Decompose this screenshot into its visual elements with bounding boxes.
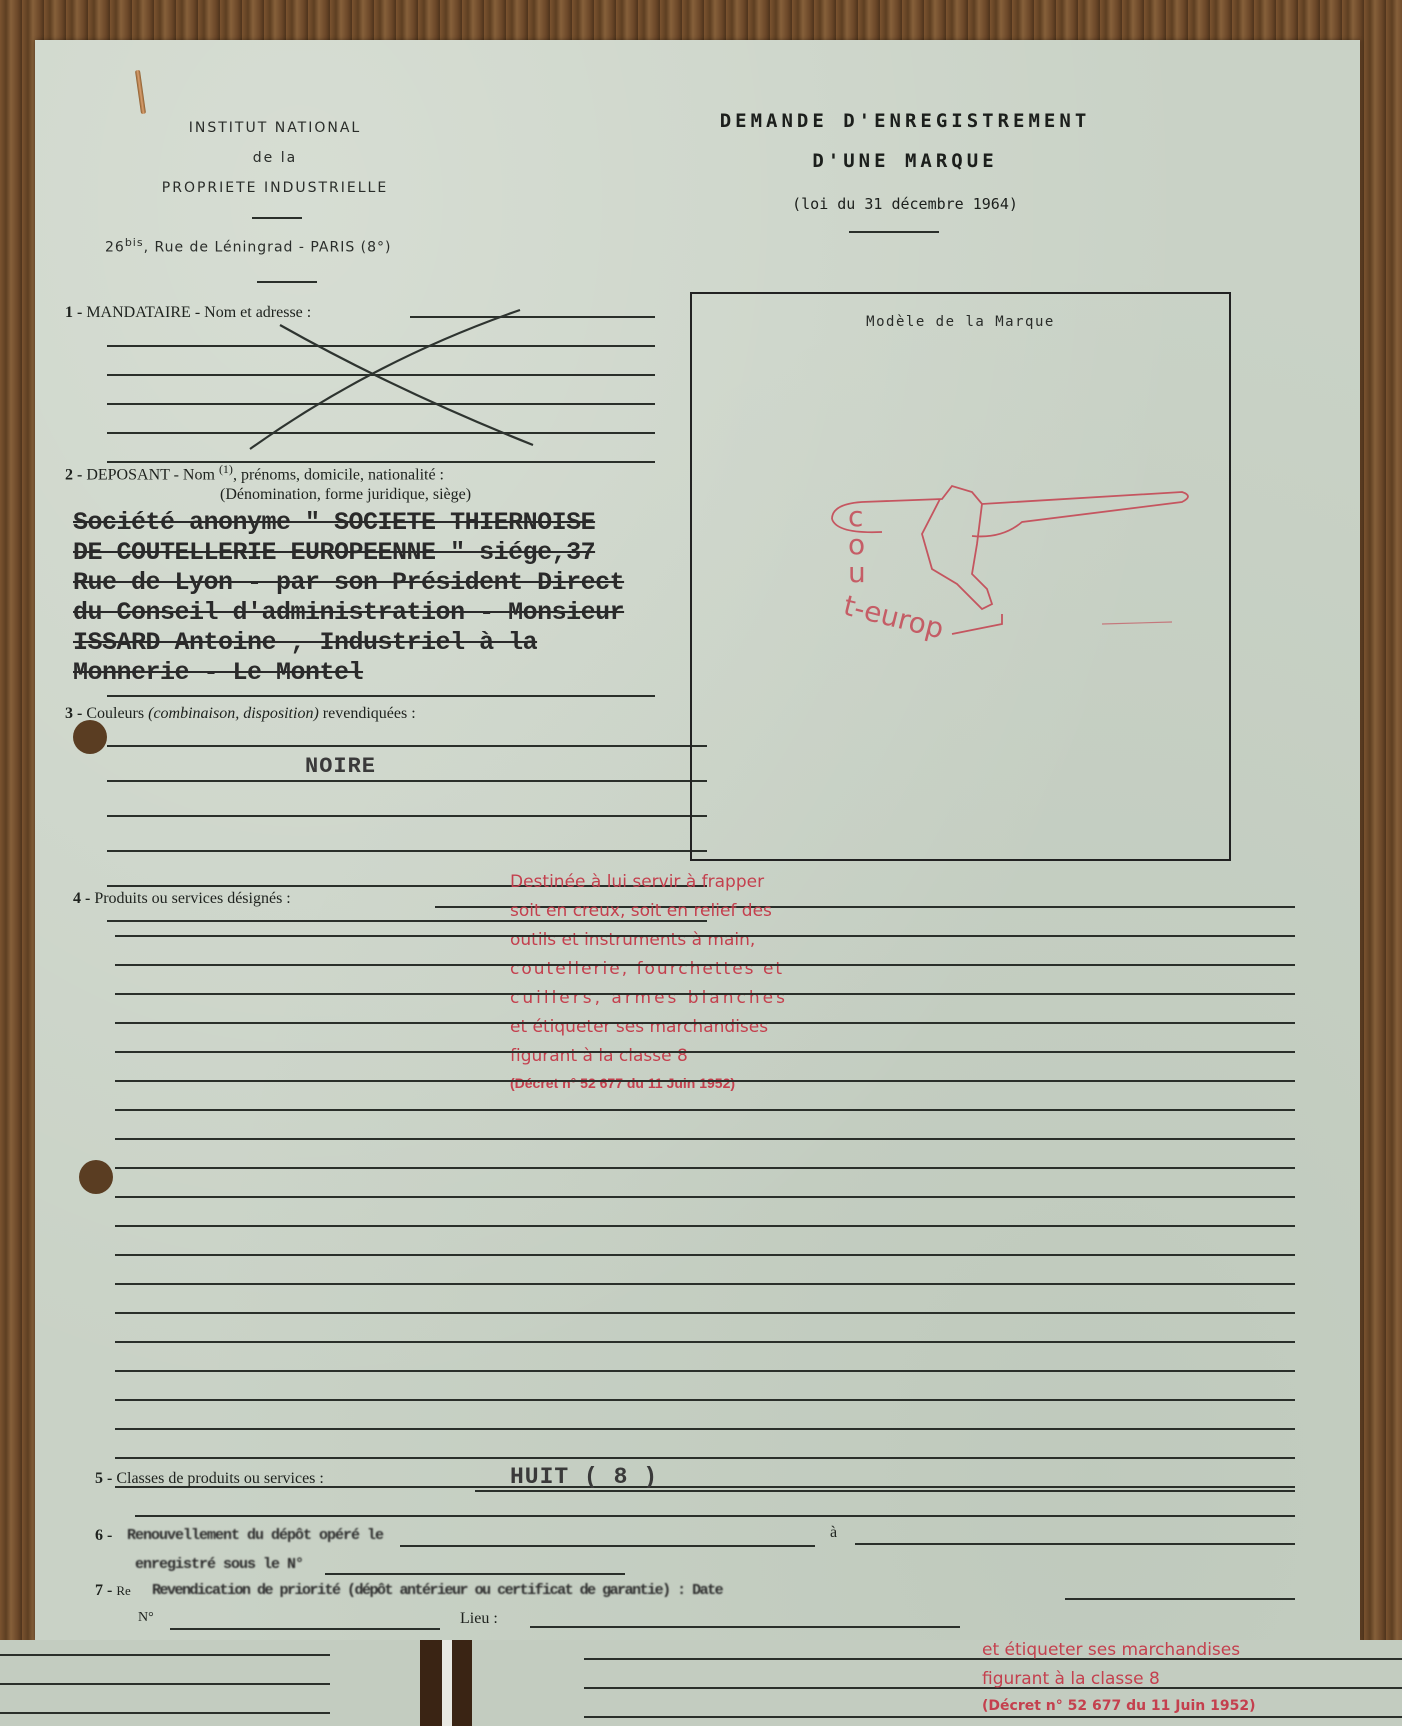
bottom-strip-left — [0, 1640, 420, 1726]
form-line[interactable] — [115, 1312, 1295, 1314]
form-line[interactable] — [115, 993, 1295, 995]
institute-name-line2: de la — [155, 150, 395, 166]
form-line[interactable] — [115, 1225, 1295, 1227]
colors-value: NOIRE — [305, 754, 376, 779]
form-line[interactable] — [1065, 1598, 1295, 1600]
form-line[interactable] — [115, 1399, 1295, 1401]
form-line — [0, 1712, 330, 1714]
stamp-signature — [1102, 622, 1172, 624]
form-line[interactable] — [115, 1341, 1295, 1343]
form-line[interactable] — [115, 1080, 1295, 1082]
form-line[interactable] — [115, 1370, 1295, 1372]
divider — [257, 281, 317, 283]
bottom-strip-right: et étiqueter ses marchandises figurant à… — [472, 1640, 1402, 1726]
stamp-line: Destinée à lui servir à frapper — [510, 872, 788, 901]
form-line[interactable] — [107, 850, 707, 852]
form-line[interactable] — [115, 1022, 1295, 1024]
divider — [252, 217, 302, 219]
products-red-stamp: Destinée à lui servir à frapper soit en … — [510, 872, 788, 1104]
stamp-line: soit en creux, soit en relief des — [510, 901, 788, 930]
section-6-redacted-text-2: enregistré sous le N° — [135, 1556, 303, 1573]
form-line[interactable] — [107, 780, 707, 782]
form-line[interactable] — [170, 1628, 440, 1630]
divider — [849, 231, 939, 233]
section-7-redacted-text: Revendication de priorité (dépôt antérie… — [152, 1582, 722, 1599]
bottom-red-stamp: et étiqueter ses marchandises figurant à… — [982, 1640, 1255, 1726]
classes-value: HUIT ( 8 ) — [510, 1464, 658, 1490]
form-line[interactable] — [135, 1515, 1295, 1517]
stamp-line: figurant à la classe 8 — [982, 1669, 1255, 1698]
trademark-model-box: Modèle de la Marque c o u t-europ — [690, 292, 1231, 861]
form-line[interactable] — [115, 1109, 1295, 1111]
section-7-label: 7 - Re — [95, 1582, 131, 1600]
typed-line: DE COUTELLERIE EUROPEENNE " siége,37 — [73, 538, 624, 568]
form-line[interactable] — [115, 964, 1295, 966]
section-2-label: 2 - DEPOSANT - Nom (1), prénoms, domicil… — [65, 462, 444, 484]
form-line[interactable] — [400, 1545, 815, 1547]
section-6-label: 6 - — [95, 1527, 112, 1545]
form-line[interactable] — [855, 1543, 1295, 1545]
form-line[interactable] — [115, 1254, 1295, 1256]
stamp-letter-u: u — [848, 556, 866, 589]
punch-hole — [73, 720, 107, 754]
section-5-label: 5 - Classes de produits ou services : — [95, 1470, 324, 1488]
form-line[interactable] — [107, 815, 707, 817]
form-line[interactable] — [115, 1428, 1295, 1430]
number-label: N° — [138, 1610, 154, 1626]
form-line[interactable] — [115, 1283, 1295, 1285]
typed-line: Monnerie - Le Montel — [73, 658, 624, 688]
typed-line: Société anonyme " SOCIETE THIERNOISE — [73, 508, 624, 538]
stamp-line: et étiqueter ses marchandises — [982, 1640, 1255, 1669]
stamp-text-europ: t-europ — [840, 589, 947, 646]
typed-line: Rue de Lyon - par son Président Direct — [73, 568, 624, 598]
document-title-line2: D'UNE MARQUE — [655, 150, 1155, 172]
a-label: à — [830, 1524, 837, 1542]
form-line[interactable] — [115, 1051, 1295, 1053]
section-6-redacted-text: Renouvellement du dépôt opéré le — [127, 1527, 383, 1544]
section-2-sublabel: (Dénomination, forme juridique, siège) — [220, 486, 471, 504]
staple — [135, 70, 146, 114]
institute-address: 26bis, Rue de Léningrad - PARIS (8°) — [105, 236, 392, 256]
form-line[interactable] — [115, 1457, 1295, 1459]
stamp-line: (Décret n° 52 677 du 11 Juin 1952) — [982, 1698, 1255, 1726]
form-line[interactable] — [115, 1167, 1295, 1169]
form-line — [0, 1683, 330, 1685]
depositor-typed-text: Société anonyme " SOCIETE THIERNOISE DE … — [73, 508, 624, 688]
form-line[interactable] — [530, 1626, 960, 1628]
section-4-label: 4 - Produits ou services désignés : — [73, 890, 291, 908]
trademark-application-form: INSTITUT NATIONAL de la PROPRIETE INDUST… — [35, 40, 1360, 1640]
institute-name-line3: PROPRIETE INDUSTRIELLE — [155, 180, 395, 196]
form-line[interactable] — [115, 1138, 1295, 1140]
bottom-strip-gap — [452, 1640, 472, 1726]
form-line[interactable] — [115, 1196, 1295, 1198]
form-line[interactable] — [475, 1490, 1295, 1492]
cutlery-stamp-logo: c o u t-europ — [822, 474, 1202, 654]
typed-line: ISSARD Antoine , Industriel à la — [73, 628, 624, 658]
form-line[interactable] — [107, 745, 707, 747]
bottom-strip-gap — [420, 1640, 442, 1726]
form-line — [0, 1654, 330, 1656]
lieu-label: Lieu : — [460, 1610, 498, 1628]
punch-hole — [79, 1160, 113, 1194]
form-line[interactable] — [325, 1573, 625, 1575]
document-title-line1: DEMANDE D'ENREGISTREMENT — [655, 110, 1155, 132]
document-subtitle: (loi du 31 décembre 1964) — [655, 195, 1155, 213]
section-3-label: 3 - Couleurs (combinaison, disposition) … — [65, 705, 416, 723]
cross-out-mark — [235, 300, 535, 460]
bottom-strip-edge — [442, 1640, 452, 1726]
form-line[interactable] — [107, 695, 655, 697]
typed-line: du Conseil d'administration - Monsieur — [73, 598, 624, 628]
model-box-label: Modèle de la Marque — [692, 314, 1229, 330]
institute-name-line1: INSTITUT NATIONAL — [155, 120, 395, 136]
form-line[interactable] — [115, 935, 1295, 937]
